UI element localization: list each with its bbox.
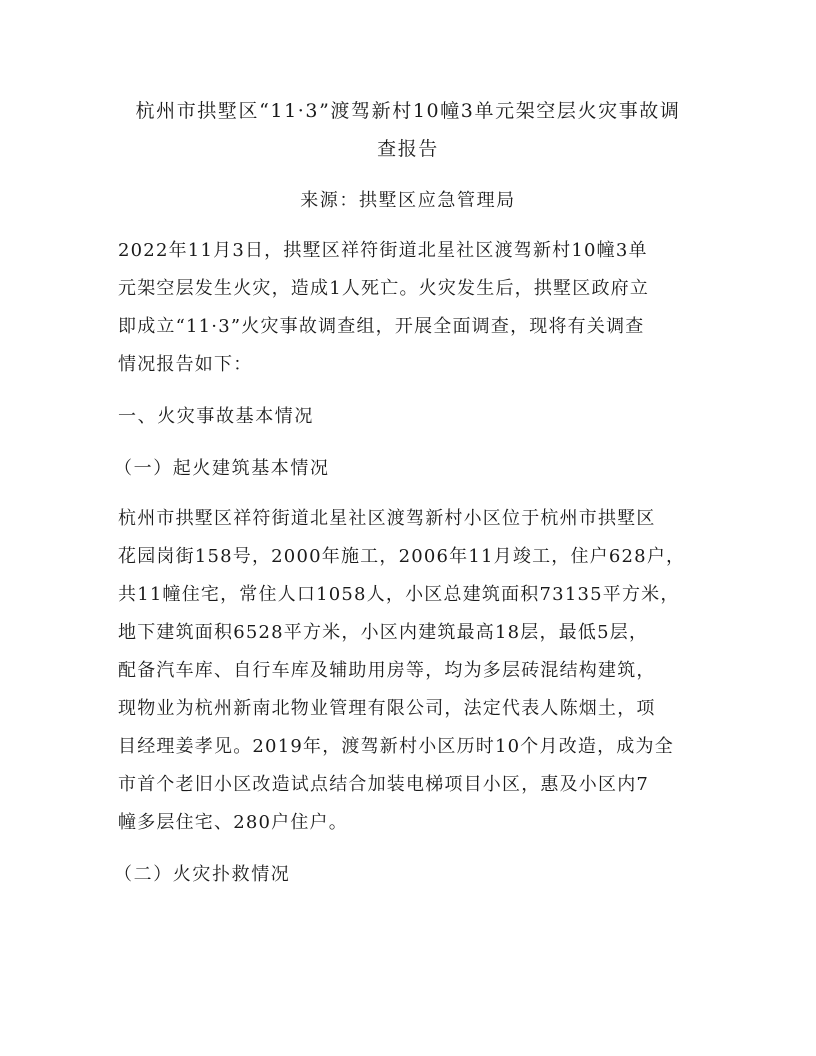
building-info-paragraph: 杭州市拱墅区祥符街道北星社区渡驾新村小区位于杭州市拱墅区 花园岗街158号，20…	[118, 500, 698, 842]
document-source: 来源：拱墅区应急管理局	[118, 182, 698, 220]
intro-line: 2022年11月3日，拱墅区祥符街道北星社区渡驾新村10幢3单	[118, 232, 698, 270]
paragraph-line: 现物业为杭州新南北物业管理有限公司，法定代表人陈烟土，项	[118, 690, 698, 728]
section-heading-basic-info: 一、火灾事故基本情况	[118, 398, 698, 436]
title-line-1: 杭州市拱墅区“11·3”渡驾新村10幢3单元架空层火灾事故调	[118, 92, 698, 130]
document-page: 杭州市拱墅区“11·3”渡驾新村10幢3单元架空层火灾事故调 查报告 来源：拱墅…	[118, 92, 698, 894]
paragraph-line: 幢多层住宅、280户住户。	[118, 804, 698, 842]
intro-line: 即成立“11·3”火灾事故调查组，开展全面调查，现将有关调查	[118, 308, 698, 346]
paragraph-line: 目经理姜孝见。2019年，渡驾新村小区历时10个月改造，成为全	[118, 728, 698, 766]
intro-line: 元架空层发生火灾，造成1人死亡。火灾发生后，拱墅区政府立	[118, 270, 698, 308]
title-line-2: 查报告	[118, 130, 698, 168]
paragraph-line: 花园岗街158号，2000年施工，2006年11月竣工，住户628户，	[118, 538, 698, 576]
subsection-heading-building-info: （一）起火建筑基本情况	[114, 450, 698, 488]
paragraph-line: 共11幢住宅，常住人口1058人，小区总建筑面积73135平方米，	[118, 576, 698, 614]
paragraph-line: 杭州市拱墅区祥符街道北星社区渡驾新村小区位于杭州市拱墅区	[118, 500, 698, 538]
subsection-heading-firefighting: （二）火灾扑救情况	[114, 856, 698, 894]
intro-line: 情况报告如下：	[118, 346, 698, 384]
paragraph-line: 市首个老旧小区改造试点结合加装电梯项目小区，惠及小区内7	[118, 766, 698, 804]
intro-paragraph: 2022年11月3日，拱墅区祥符街道北星社区渡驾新村10幢3单 元架空层发生火灾…	[118, 232, 698, 384]
paragraph-line: 配备汽车库、自行车库及辅助用房等，均为多层砖混结构建筑，	[118, 652, 698, 690]
document-title: 杭州市拱墅区“11·3”渡驾新村10幢3单元架空层火灾事故调 查报告	[118, 92, 698, 168]
paragraph-line: 地下建筑面积6528平方米，小区内建筑最高18层，最低5层，	[118, 614, 698, 652]
